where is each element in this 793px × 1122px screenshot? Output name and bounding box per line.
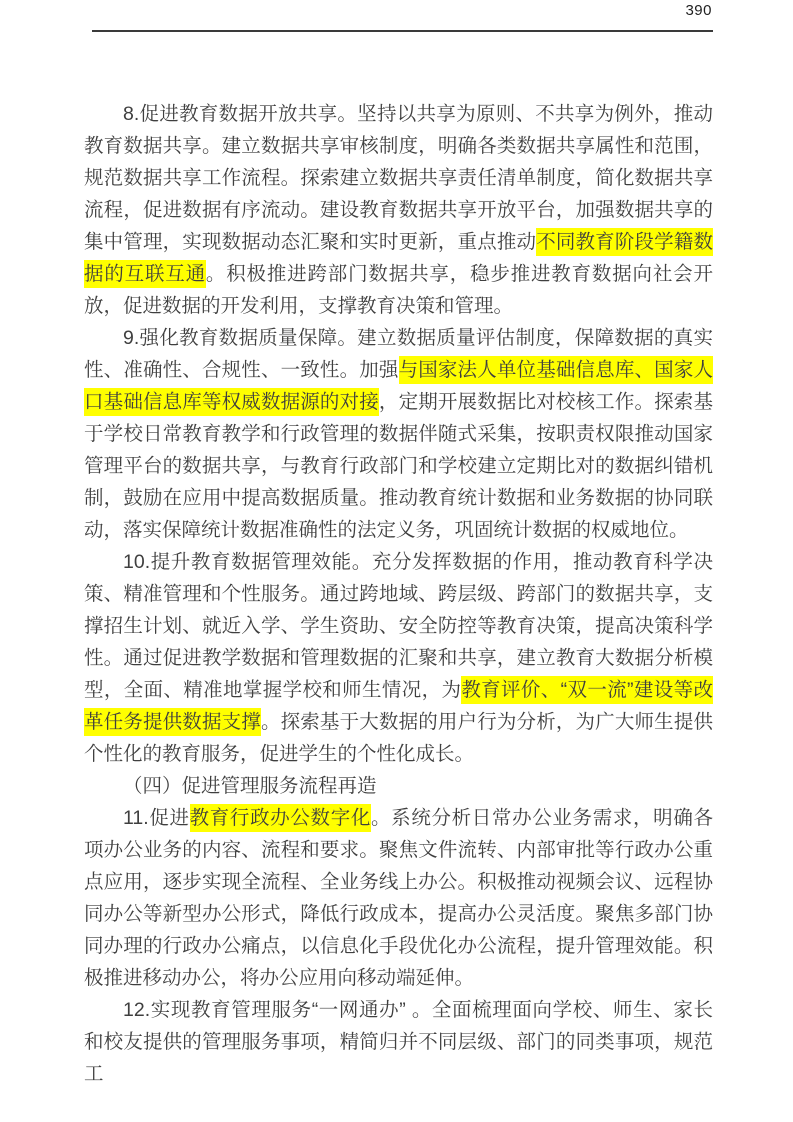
highlighted-text-run: 教育行政办公数字化 (190, 804, 371, 832)
text-run: 。系统分析日常办公业务需求，明确各项办公业务的内容、流程和要求。聚焦文件流转、内… (84, 807, 713, 989)
text-run: 11.促进 (123, 807, 190, 829)
paragraph-9-data-quality: 9.强化教育数据质量保障。建立数据质量评估制度，保障数据的真实性、准确性、合规性… (84, 322, 713, 546)
page-header: 390 (0, 0, 793, 32)
paragraph-10-data-management: 10.提升教育数据管理效能。充分发挥数据的作用，推动教育科学决策、精准管理和个性… (84, 546, 713, 770)
section-heading-4: （四）促进管理服务流程再造 (84, 770, 713, 802)
page-number: 390 (0, 2, 793, 19)
paragraph-8-data-open-sharing: 8.促进教育数据开放共享。坚持以共享为原则、不共享为例外，推动教育数据共享。建立… (84, 98, 713, 322)
document-body: 8.促进教育数据开放共享。坚持以共享为原则、不共享为例外，推动教育数据共享。建立… (84, 98, 713, 1090)
paragraph-11-office-digitalization: 11.促进教育行政办公数字化。系统分析日常办公业务需求，明确各项办公业务的内容、… (84, 802, 713, 994)
text-run: 12.实现教育管理服务“一网通办” 。全面梳理面向学校、师生、家长和校友提供的管… (84, 999, 713, 1085)
header-rule (92, 30, 713, 32)
paragraph-12-one-stop-service: 12.实现教育管理服务“一网通办” 。全面梳理面向学校、师生、家长和校友提供的管… (84, 994, 713, 1090)
text-run: （四）促进管理服务流程再造 (123, 775, 377, 797)
document-page: 390 8.促进教育数据开放共享。坚持以共享为原则、不共享为例外，推动教育数据共… (0, 0, 793, 1122)
